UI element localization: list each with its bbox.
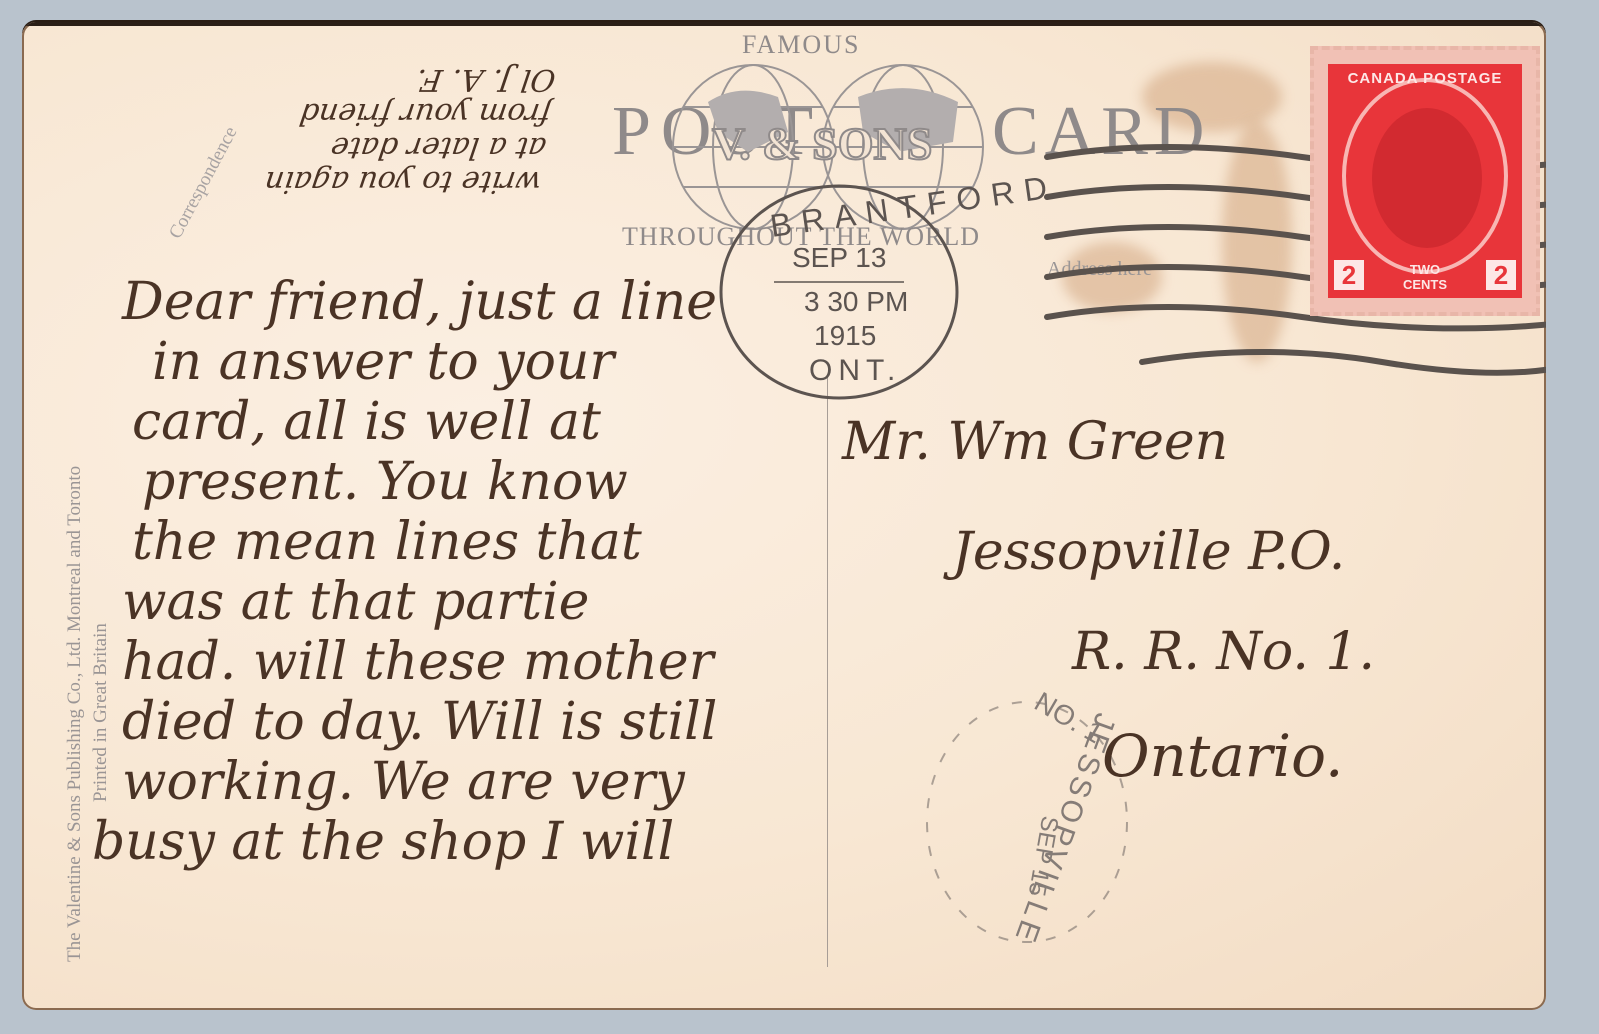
note-line: write to you again xyxy=(262,164,543,198)
message-line: in answer to your xyxy=(152,332,717,392)
note-line: Ol J. A. F. xyxy=(277,62,558,96)
publisher-imprint: The Valentine & Sons Publishing Co., Ltd… xyxy=(62,466,114,962)
postmark-date: SEP 13 xyxy=(792,242,886,274)
postmark-province: ONT. xyxy=(809,354,901,388)
stamp-face: CANADA POSTAGE 2 TWO CENTS 2 xyxy=(1328,64,1522,298)
message-line: working. We are very xyxy=(122,752,717,812)
stamp-value-left: 2 xyxy=(1334,260,1364,290)
upside-down-note: write to you again at a later date from … xyxy=(262,62,557,198)
message-line: had. will these mother xyxy=(122,632,717,692)
brantford-postmark: BRANTFORD SEP 13 3 30 PM 1915 ONT. xyxy=(714,182,964,402)
divider-line xyxy=(827,377,828,967)
message-line: died to day. Will is still xyxy=(122,692,717,752)
king-portrait-icon xyxy=(1372,108,1482,248)
message-line: Dear friend, just a line xyxy=(122,272,717,332)
postcard-back: FAMOUS POST V. & SONS CARD THROUGHOUT TH… xyxy=(22,22,1546,1010)
logo-vsons-text: V. & SONS xyxy=(712,117,932,170)
stamp-denomination: TWO CENTS xyxy=(1372,262,1478,292)
publisher-line: The Valentine & Sons Publishing Co., Ltd… xyxy=(62,466,88,962)
message-line: busy at the shop I will xyxy=(92,812,717,872)
stamp-country: CANADA POSTAGE xyxy=(1328,70,1522,87)
message-line: present. You know xyxy=(142,452,717,512)
address-line-province: Ontario. xyxy=(1102,722,1343,790)
postmark-year: 1915 xyxy=(814,320,876,352)
message-line: card, all is well at xyxy=(132,392,717,452)
printed-in-line: Printed in Great Britain xyxy=(88,466,114,962)
correspondence-label: Correspondence xyxy=(165,123,242,242)
handwritten-message: Dear friend, just a line in answer to yo… xyxy=(122,272,717,872)
logo-famous-text: FAMOUS xyxy=(742,30,860,60)
stamp-denom-word: TWO xyxy=(1372,262,1478,277)
postage-stamp: CANADA POSTAGE 2 TWO CENTS 2 xyxy=(1310,46,1540,316)
address-line-route: R. R. No. 1. xyxy=(1072,622,1375,682)
stamp-value-right: 2 xyxy=(1486,260,1516,290)
message-line: the mean lines that xyxy=(132,512,717,572)
postmark-time: 3 30 PM xyxy=(804,286,908,318)
stamp-denom-unit: CENTS xyxy=(1372,277,1478,292)
note-line: from your friend xyxy=(272,96,553,130)
note-line: at a later date xyxy=(267,130,548,164)
address-line-name: Mr. Wm Green xyxy=(842,412,1228,472)
message-line: was at that partie xyxy=(122,572,717,632)
address-line-town: Jessopville P.O. xyxy=(952,522,1345,582)
